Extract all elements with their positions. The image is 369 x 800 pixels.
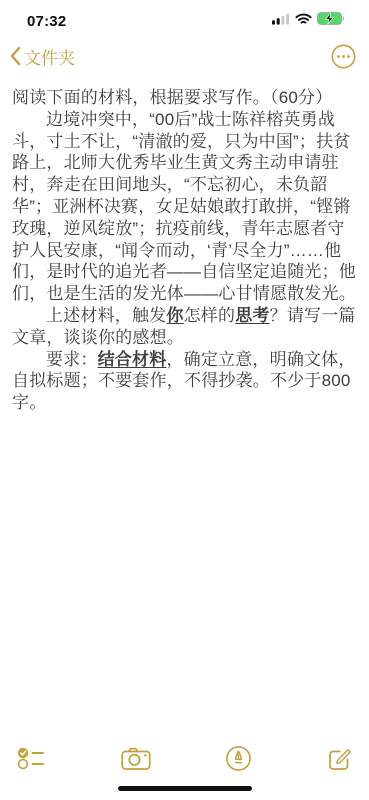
clock-time: 07:32 bbox=[27, 13, 66, 30]
text-segment: 阅读下面的材料，根据要求写作。（60分） bbox=[12, 88, 332, 107]
text-segment: 上述材料，触发 bbox=[46, 306, 166, 325]
note-body[interactable]: 阅读下面的材料，根据要求写作。（60分）边境冲突中，“00后”战士陈祥榕英勇战斗… bbox=[0, 78, 369, 414]
back-to-folders-button[interactable]: 文件夹 bbox=[9, 44, 75, 69]
ellipsis-circle-icon bbox=[331, 57, 356, 72]
navigation-bar: 文件夹 bbox=[0, 34, 369, 78]
underlined-text: 结合材料 bbox=[98, 350, 167, 369]
chevron-left-icon bbox=[9, 46, 21, 66]
notes-app-screen: 07:32 bbox=[0, 0, 369, 800]
checklist-button[interactable] bbox=[16, 746, 47, 771]
text-segment: 边境冲突中，“00后”战士陈祥榕英勇战斗，寸土不让，“清澈的爱，只为中国”；扶贫… bbox=[12, 110, 356, 303]
status-icons bbox=[272, 12, 345, 30]
note-paragraph: 要求：结合材料，确定立意，明确文体，自拟标题；不要套作，不得抄袭。不少于800字… bbox=[12, 349, 357, 414]
underlined-text: 你 bbox=[166, 306, 183, 325]
underlined-text: 思考 bbox=[235, 306, 269, 325]
bottom-toolbar bbox=[0, 745, 369, 772]
status-bar: 07:32 bbox=[0, 0, 369, 34]
battery-charging-icon bbox=[317, 12, 345, 30]
compose-icon bbox=[326, 760, 353, 775]
compose-button[interactable] bbox=[326, 745, 353, 772]
note-paragraph: 阅读下面的材料，根据要求写作。（60分） bbox=[12, 87, 357, 109]
wifi-icon bbox=[295, 12, 312, 30]
more-options-button[interactable] bbox=[331, 44, 356, 69]
note-paragraph: 边境冲突中，“00后”战士陈祥榕英勇战斗，寸土不让，“清澈的爱，只为中国”；扶贫… bbox=[12, 109, 357, 305]
markup-button[interactable] bbox=[225, 745, 252, 772]
note-paragraph: 上述材料，触发你怎样的思考？请写一篇文章，谈谈你的感想。 bbox=[12, 305, 357, 349]
cellular-signal-icon bbox=[272, 12, 290, 30]
text-segment: 要求： bbox=[46, 350, 98, 369]
markup-pen-icon bbox=[225, 760, 252, 775]
text-segment: 怎样的 bbox=[184, 306, 236, 325]
camera-icon bbox=[121, 759, 151, 774]
camera-button[interactable] bbox=[121, 746, 151, 771]
back-button-label: 文件夹 bbox=[24, 44, 75, 69]
checklist-icon bbox=[16, 759, 47, 774]
home-indicator[interactable] bbox=[118, 786, 252, 791]
